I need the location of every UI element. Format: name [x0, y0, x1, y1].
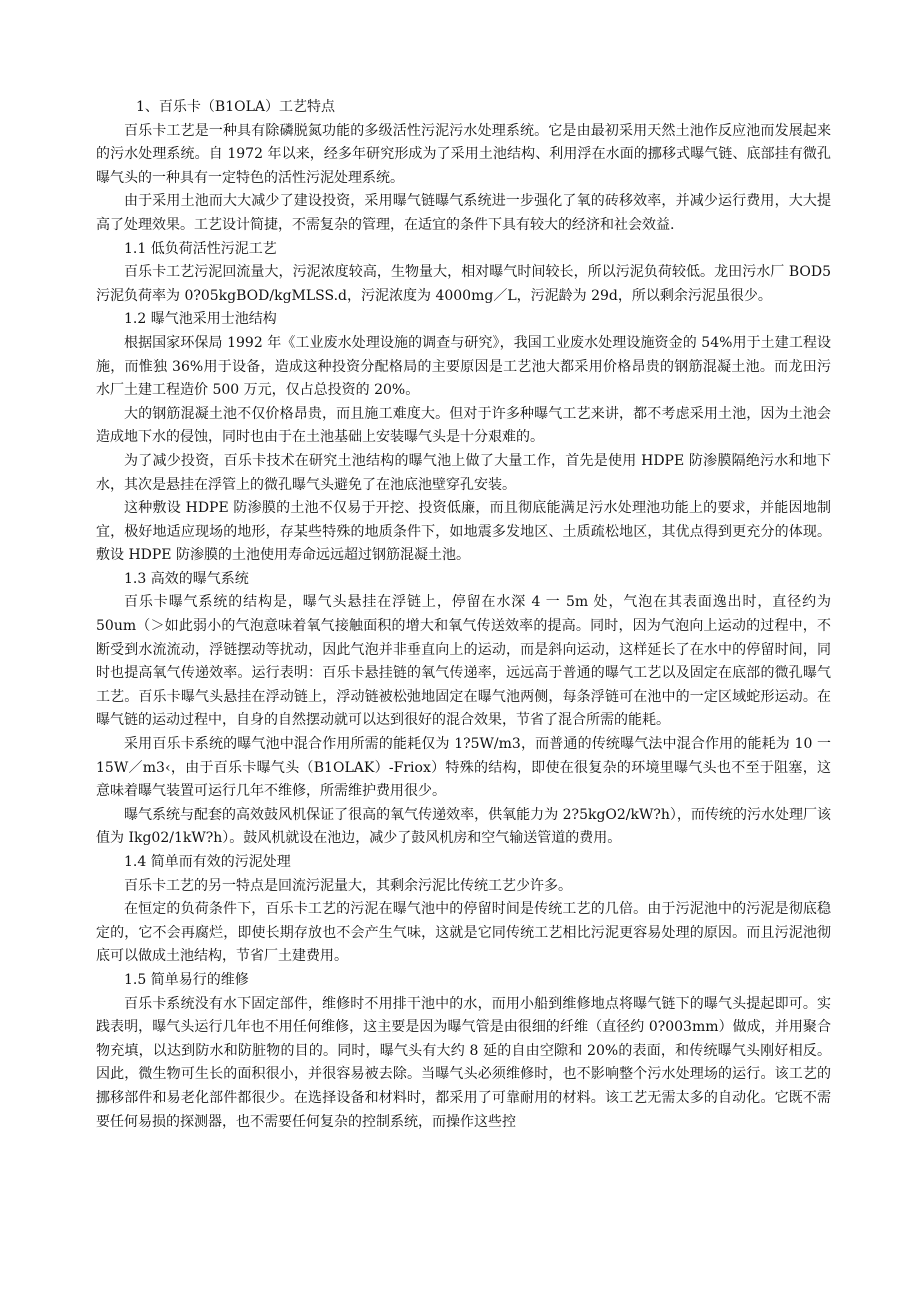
section-heading-1-1: 1.1 低负荷活性污泥工艺	[96, 238, 831, 262]
paragraph: 大的钢筋混凝土池不仅价格昂贵，而且施工难度大。但对于许多种曝气工艺来讲，都不考虑…	[96, 403, 831, 450]
paragraph: 百乐卡工艺的另一特点是回流污泥量大，其剩余污泥比传统工艺少许多。	[96, 875, 831, 899]
section-heading-1: 1、百乐卡（B1OLA）工艺特点	[96, 96, 831, 120]
paragraph: 在恒定的负荷条件下，百乐卡工艺的污泥在曝气池中的停留时间是传统工艺的几倍。由于污…	[96, 898, 831, 969]
document-page: 1、百乐卡（B1OLA）工艺特点 百乐卡工艺是一种具有除磷脱氮功能的多级活性污泥…	[96, 96, 831, 1134]
section-heading-1-5: 1.5 简单易行的维修	[96, 969, 831, 993]
paragraph: 由于采用土池而大大减少了建设投资，采用曝气链曝气系统进一步强化了氧的砖移效率，并…	[96, 190, 831, 237]
paragraph: 百乐卡系统没有水下固定部件，维修时不用排干池中的水，而用小船到维修地点将曝气链下…	[96, 993, 831, 1135]
paragraph: 根据国家环保局 1992 年《工业废水处理设施的调查与研究》，我国工业废水处理设…	[96, 332, 831, 403]
section-heading-1-2: 1.2 曝气池采用士池结构	[96, 308, 831, 332]
paragraph: 为了减少投资，百乐卡技术在研究土池结构的曝气池上做了大量工作，首先是使用 HDP…	[96, 450, 831, 497]
section-heading-1-3: 1.3 高效的曝气系统	[96, 568, 831, 592]
paragraph: 百乐卡工艺污泥回流量大，污泥浓度较高，生物量大，相对曝气时间较长，所以污泥负荷较…	[96, 261, 831, 308]
section-heading-1-4: 1.4 简单而有效的污泥处理	[96, 851, 831, 875]
paragraph: 百乐卡工艺是一种具有除磷脱氮功能的多级活性污泥污水处理系统。它是由最初采用天然土…	[96, 120, 831, 191]
paragraph: 这种敷设 HDPE 防渗膜的土池不仅易于开挖、投资低廉，而且彻底能满足污水处理池…	[96, 497, 831, 568]
paragraph: 曝气系统与配套的高效鼓风机保证了很高的氧气传递效率，供氧能力为 2?5kgO2/…	[96, 804, 831, 851]
paragraph: 采用百乐卡系统的曝气池中混合作用所需的能耗仅为 1?5W/m3，而普通的传统曝气…	[96, 733, 831, 804]
paragraph: 百乐卡曝气系统的结构是，曝气头悬挂在浮链上，停留在水深 4 一 5m 处，气泡在…	[96, 591, 831, 733]
